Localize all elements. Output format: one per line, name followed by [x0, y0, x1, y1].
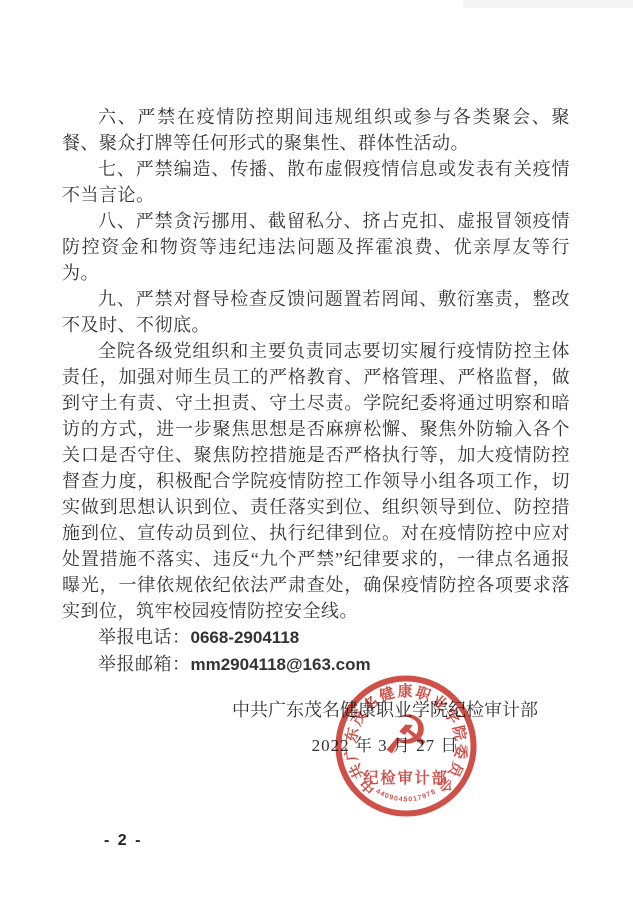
seal-banner-text: 纪检审计部: [363, 769, 449, 787]
report-email-line: 举报邮箱：mm2904118@163.com: [62, 651, 570, 678]
document-page: 六、严禁在疫情防控期间违规组织或参与各类聚会、聚餐、聚众打牌等任何形式的聚集性、…: [0, 0, 633, 899]
paragraph-rule-8: 八、严禁贪污挪用、截留私分、挤占克扣、虚报冒领疫情防控资金和物资等违纪违法问题及…: [62, 208, 570, 286]
report-email-label: 举报邮箱：: [98, 654, 191, 674]
scan-artifact: [463, 0, 633, 8]
report-phone-line: 举报电话：0668-2904118: [62, 624, 570, 651]
paragraph-rule-6: 六、严禁在疫情防控期间违规组织或参与各类聚会、聚餐、聚众打牌等任何形式的聚集性、…: [62, 104, 570, 156]
document-body: 六、严禁在疫情防控期间违规组织或参与各类聚会、聚餐、聚众打牌等任何形式的聚集性、…: [62, 104, 570, 678]
report-phone-label: 举报电话：: [98, 627, 191, 647]
paragraph-responsibility: 全院各级党组织和主要负责同志要切实履行疫情防控主体责任，加强对师生员工的严格教育…: [62, 338, 570, 624]
report-phone-value: 0668-2904118: [191, 628, 300, 647]
official-seal: 中共广东茂名健康职业学院委员会 ☭ 纪检审计部 4409045017978: [332, 672, 480, 820]
page-number: - 2 -: [104, 832, 142, 850]
party-emblem-icon: ☭: [382, 705, 430, 765]
paragraph-rule-9: 九、严禁对督导检查反馈问题置若罔闻、敷衍塞责，整改不及时、不彻底。: [62, 286, 570, 338]
paragraph-rule-7: 七、严禁编造、传播、散布虚假疫情信息或发表有关疫情不当言论。: [62, 156, 570, 208]
seal-code: 4409045017978: [374, 788, 437, 803]
